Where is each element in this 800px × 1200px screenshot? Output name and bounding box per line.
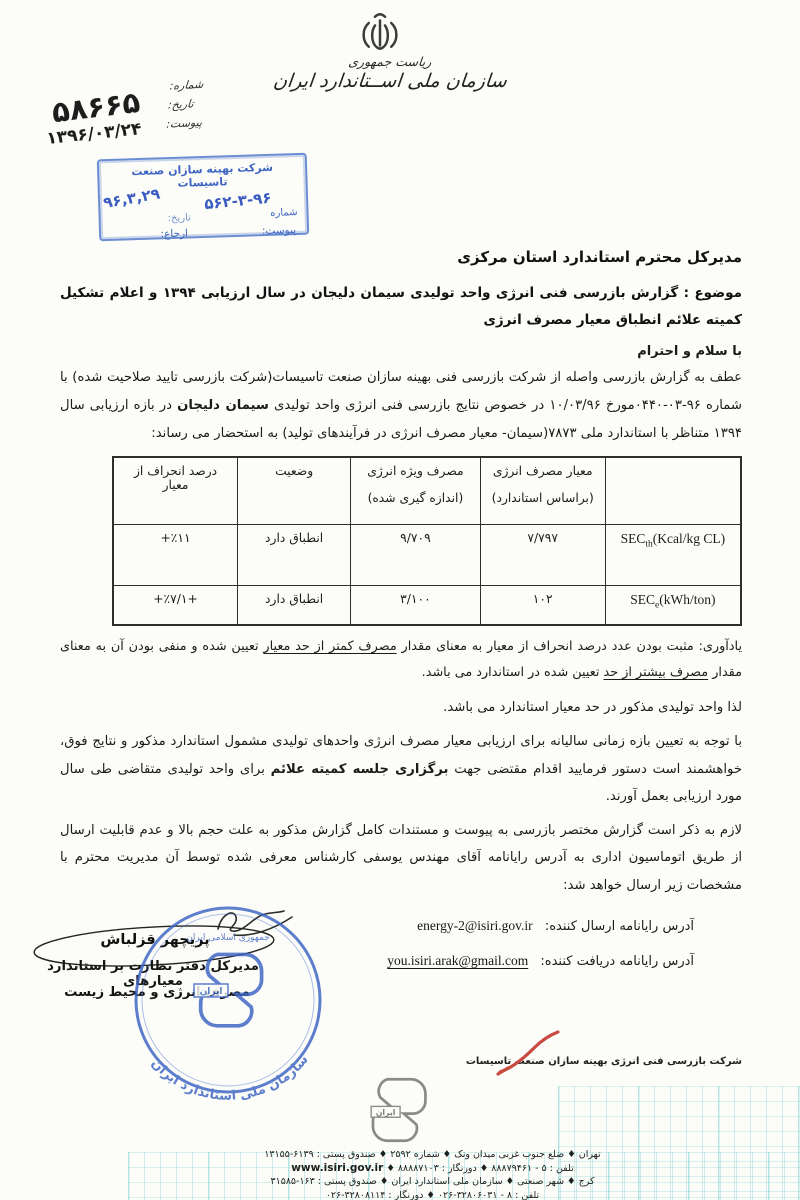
table-header-row: معیار مصرف انرژی (براساس استاندارد) مصرف…	[113, 457, 741, 525]
table-row-thermal: SECth(Kcal/kg CL) ⁦۷/۷۹۷⁩ ⁦۹/۷۰۹⁩ انطباق…	[113, 525, 741, 586]
footer-address-block: تهران ♦ ضلع جنوب غربی میدان ونک ♦ شماره …	[150, 1148, 715, 1200]
receiver-email-label: آدرس رایانامه دریافت کننده:	[540, 954, 694, 969]
received-stamp-reference-label: ارجاع:	[160, 227, 188, 240]
paragraph-attachments: لازم به ذکر است گزارش مختصر بازرسی به پی…	[60, 817, 742, 900]
stamp-bottom-text: سازمان ملی استاندارد ایران	[148, 1052, 312, 1104]
note-underlined-lower: مصرف کمتر از حد معیار	[263, 639, 396, 654]
header-measured-line2: (اندازه گیری شده)	[354, 491, 477, 505]
header-deviation: درصد انحراف از معیار	[113, 457, 238, 525]
recipient-heading: مدیرکل محترم استاندارد استان مرکزی	[60, 246, 742, 268]
receiver-email-value: you.isiri.arak@gmail.com	[387, 953, 528, 969]
letterhead-org-name: سازمان ملی اســتاندارد ایران	[249, 70, 531, 92]
stamp-center-text: ایران	[200, 987, 223, 997]
cell-sec-th: SECth(Kcal/kg CL)	[605, 525, 741, 586]
sender-email-value: energy-2@isiri.gov.ir	[417, 918, 533, 934]
conclusion-line: لذا واحد تولیدی مذکور در حد معیار استاند…	[60, 696, 742, 720]
header-measured-line1: مصرف ویژه انرژی	[354, 464, 477, 478]
reference-labels: شماره: تاریخ: پیوست:	[166, 71, 271, 134]
reminder-note: یادآوری: مثبت بودن عدد درصد انحراف از مع…	[60, 634, 742, 686]
header-standard-line1: معیار مصرف انرژی	[484, 464, 602, 478]
received-stamp-attachment-label: پیوست:	[262, 224, 297, 237]
note-text: یادآوری: مثبت بودن عدد درصد انحراف از مع…	[397, 639, 742, 654]
isiri-logo-text: ایران	[376, 1108, 396, 1117]
header-status-label: وضعیت	[241, 464, 347, 478]
energy-criteria-table: معیار مصرف انرژی (براساس استاندارد) مصرف…	[112, 456, 742, 626]
note-text: تعیین شده در استاندارد می باشد.	[422, 665, 604, 680]
greeting-line: با سلام و احترام	[60, 341, 742, 363]
svg-text:سازمان ملی استاندارد ایران: سازمان ملی استاندارد ایران	[148, 1052, 312, 1104]
cell-measured-e: ⁦۳/۱۰۰⁩	[351, 586, 481, 626]
cell-standard-th: ⁦۷/۷۹۷⁩	[480, 525, 605, 586]
received-stamp-number-value: ⁦۵۶۲-۳-۹۶⁩	[203, 189, 272, 214]
footer-address-karaj: کرج ♦ شهر صنعتی ♦ سازمان ملی استاندارد ا…	[150, 1175, 715, 1189]
organization-round-stamp: جمهوری اسلامی ایران ایران سازمان ملی است…	[88, 888, 368, 1118]
scanned-letter-page: ریاست جمهوری سازمان ملی اســتاندارد ایرا…	[0, 0, 800, 1200]
footer-phone-text: تلفن : ۵ - ۸۸۸۷۹۴۶۱ ♦ دورنگار : ۸۸۸۸۷۱۰۳…	[383, 1163, 573, 1174]
header-deviation-line2: معیار	[117, 478, 234, 492]
cell-status-th: انطباق دارد	[238, 525, 351, 586]
footer-phone-tehran: تلفن : ۵ - ۸۸۸۷۹۴۶۱ ♦ دورنگار : ۸۸۸۸۷۱۰۳…	[150, 1162, 715, 1176]
footer-address-tehran: تهران ♦ ضلع جنوب غربی میدان ونک ♦ شماره …	[150, 1148, 715, 1162]
sender-email-label: آدرس رایانامه ارسال کننده:	[545, 919, 694, 934]
received-stamp-number-label: شماره	[270, 207, 298, 219]
table-row-electrical: SECe(kWh/ton) ۱۰۲ ⁦۳/۱۰۰⁩ انطباق دارد ⁦+…	[113, 586, 741, 626]
header-standard: معیار مصرف انرژی (براساس استاندارد)	[480, 457, 605, 525]
header-measured: مصرف ویژه انرژی (اندازه گیری شده)	[351, 457, 481, 525]
stamp-top-text: جمهوری اسلامی ایران	[186, 933, 270, 943]
ref-attachment-label: پیوست:	[166, 109, 268, 133]
received-stamp-date-label: تاریخ:	[167, 212, 191, 224]
cell-deviation-th: ⁦+٪۱۱⁩	[113, 525, 238, 586]
subject-line: موضوع : گزارش بازرسی فنی انرژی واحد تولی…	[60, 280, 742, 334]
plant-name-bold: سیمان دلیجان	[177, 398, 269, 413]
header-deviation-line1: درصد انحراف از	[117, 464, 234, 478]
website-url: www.isiri.gov.ir	[291, 1162, 383, 1176]
paragraph-request: با توجه به تعیین بازه زمانی سالیانه برای…	[60, 728, 742, 811]
cell-deviation-e: ⁦+٪۷/۱+⁩	[113, 586, 238, 626]
cell-status-e: انطباق دارد	[238, 586, 351, 626]
note-underlined-higher: مصرف بیشتر از حد	[604, 665, 709, 680]
letterhead-presidency: ریاست جمهوری	[289, 54, 491, 69]
footer-phone-karaj: تلفن : ۸ - ⁦۰۲۶-۳۲۸۰۶۰۳۱⁩ ♦ دورنگار : ⁦۰…	[150, 1189, 715, 1200]
header-standard-line2: (براساس استاندارد)	[484, 491, 602, 505]
isiri-logo: ایران	[356, 1072, 446, 1148]
header-status: وضعیت	[238, 457, 351, 525]
received-stamp: شرکت بهینه سازان صنعت تاسیسات شماره ⁦۵۶۲…	[97, 153, 309, 242]
header-ref	[605, 457, 741, 525]
cell-standard-e: ۱۰۲	[480, 586, 605, 626]
cell-measured-th: ⁦۹/۷۰۹⁩	[351, 525, 481, 586]
committee-meeting-bold: برگزاری جلسه کمیته علائم	[271, 762, 449, 777]
letter-body: مدیرکل محترم استاندارد استان مرکزی موضوع…	[60, 246, 742, 969]
red-check-mark	[494, 1030, 572, 1076]
cell-sec-e: SECe(kWh/ton)	[605, 586, 741, 626]
iran-national-emblem-icon	[352, 8, 408, 58]
paragraph-intro: عطف به گزارش بازرسی واصله از شرکت بازرسی…	[60, 364, 742, 448]
